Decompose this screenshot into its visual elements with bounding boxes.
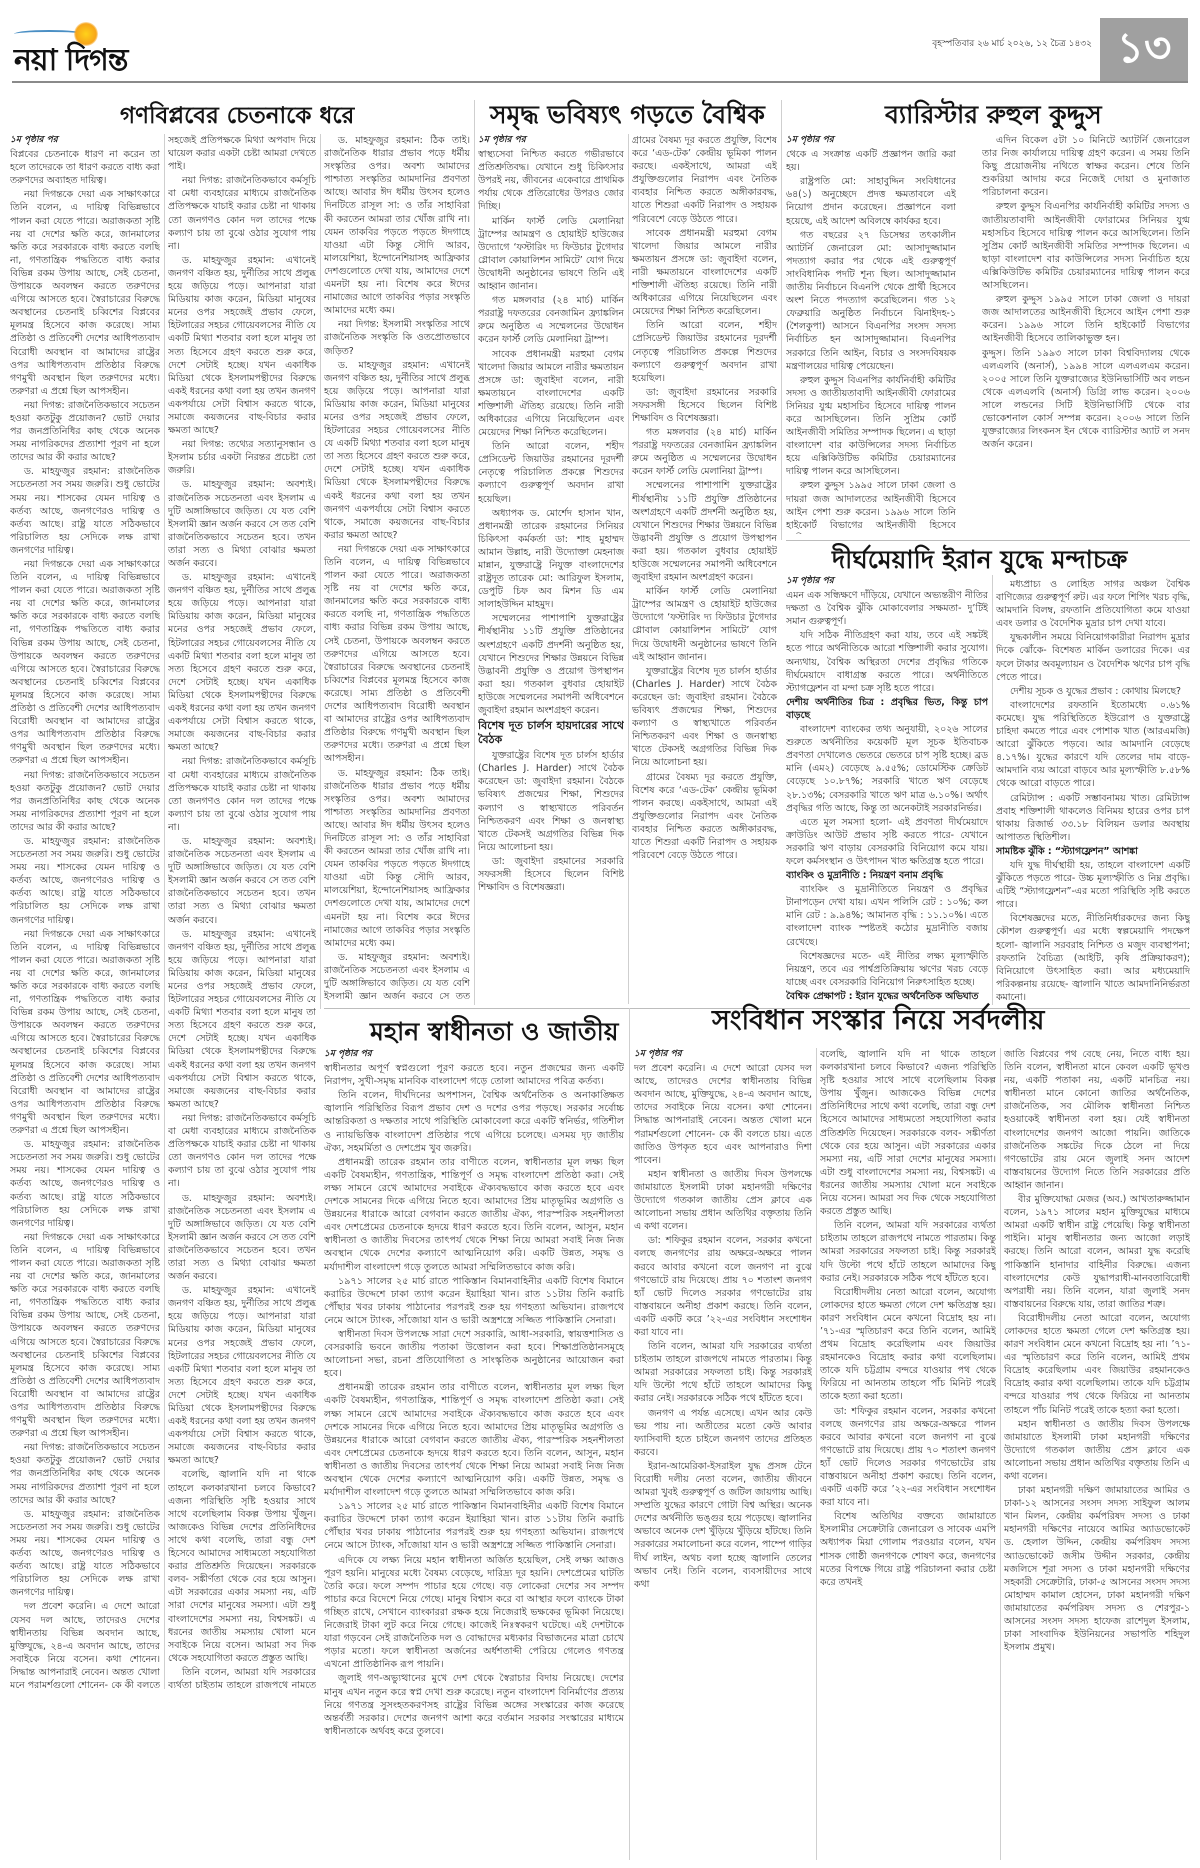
paragraph: রুহুল কুদ্দুস ১৯৯৫ সালে ঢাকা জেলা ও দায়… — [982, 293, 1190, 345]
paragraph: বলেছি, জ্বালানি যদি না থাকে তাহলে কলকারখ… — [168, 1468, 316, 1664]
paragraph: সম্মেলনের পাশাপাশি যুক্তরাষ্ট্রের শীর্ষস… — [632, 479, 777, 584]
paragraph: এমন এক সন্ধিক্ষণে দাঁড়িয়ে, যেখানে অভ্য… — [786, 589, 988, 628]
column-divider — [628, 134, 629, 1004]
masthead: নয়া দিগন্ত বৃহস্পতিবার ২৬ মার্চ ২০২৬, ১… — [0, 0, 1200, 82]
paragraph: নয়া দিগন্ত: রাজনৈতিকভাবে কর্মসূচি বা মে… — [168, 174, 316, 253]
interview-column-2: সহজেই প্রতিপক্ষকে মিথ্যা অপবাদ দিয়ে ঘায… — [168, 134, 316, 1689]
paragraph: গত মঙ্গলবার (২৪ মার্চ) মার্কিন পররাষ্ট্র… — [478, 294, 624, 346]
subheading: দেশীয় অর্থনীতির চিত্র : প্রবৃদ্ধির ভিত,… — [786, 697, 988, 721]
paragraph: ড. মাহফুজুর রহমান: এখানেই জনগণ বঞ্চিত হয… — [168, 254, 316, 437]
paragraph: যদি যুদ্ধ দীর্ঘস্থায়ী হয়, তাহলে বাংলাদ… — [996, 859, 1190, 911]
paragraph: স্বাধীনতা দিবস উপলক্ষে সারা দেশে সরকারি,… — [324, 1328, 624, 1380]
paragraph: ডা: জুবাইদা রহমানের সরকারি সফরসঙ্গী হিসে… — [632, 386, 777, 425]
paragraph: স্বাস্থ্যসেবা নিশ্চিত করতে গভীরভাবে প্রত… — [478, 148, 624, 213]
paragraph: ড. মাহফুজুর রহমান: ঠিক তাই। রাজনৈতিক ধার… — [324, 134, 470, 317]
paragraph: রুহুল কুদ্দুস ১৯৯৫ সালে ঢাকা জেলা ও দায়… — [786, 479, 956, 534]
attorney-column-2: এদিন বিকেল ৫টা ১০ মিনিটে অ্যাটর্নি জেনার… — [982, 134, 1190, 534]
paragraph: নয়া দিগন্ত: ইসলামী সংস্কৃতির সাথে রাজনৈ… — [324, 318, 470, 357]
continued-kicker: ১ম পৃষ্ঠার পর — [634, 1048, 812, 1061]
paragraph: ড. মাহফুজুর রহমান: রাজনৈতিক সচেতনতা সব স… — [10, 835, 160, 927]
paragraph: ড. মাহফুজুর রহমান: রাজনৈতিক সচেতনতা সব স… — [10, 465, 160, 557]
paragraph: বাংলাদেশের রফতানি ইতোমধ্যে ০.৬১% কমেছে। … — [996, 699, 1190, 791]
interview-column-1: ১ম পৃষ্ঠার পর বিপ্লবের চেতনাকে ধারণ না ক… — [10, 134, 160, 1689]
subheading: ব্যাংকিং ও মুদ্রানীতি : নিয়ন্ত্রণ বনাম … — [786, 870, 943, 881]
paragraph: নয়া দিগন্ত: তথ্যের সত্যানুসন্ধান ও ইসলা… — [168, 438, 316, 477]
page-number-badge: ১৩ — [1100, 18, 1188, 82]
paragraph: যদি সঠিক নীতিগ্রহণ করা যায়, তবে এই সঙ্ক… — [786, 629, 988, 694]
paragraph: ড. মাহফুজুর রহমান: ঠিক তাই। রাজনৈতিক ধার… — [324, 767, 470, 950]
paragraph: জনগণ এ পর্যন্ত এসেছে। এখন আর কেউ ভয় পায… — [634, 1407, 812, 1459]
paragraph: এদিকে যে লক্ষ্য নিয়ে মহান স্বাধীনতা অর্… — [324, 1554, 624, 1672]
paragraph: নয়া দিগন্ত: রাজনৈতিকভাবে সচেতন হওয়া কত… — [10, 1441, 160, 1506]
column-divider — [629, 1008, 630, 1860]
masthead-divider — [12, 81, 1188, 83]
paragraph: দেশীয় সূচক ও যুদ্ধের প্রভাব : কোথায় মি… — [996, 685, 1190, 698]
paragraph: ড. মাহফুজুর রহমান: রাজনৈতিক সচেতনতা সব স… — [10, 1138, 160, 1230]
paragraph: এদিন বিকেল ৫টা ১০ মিনিটে অ্যাটর্নি জেনার… — [982, 134, 1190, 199]
paragraph: মহান স্বাধীনতা ও জাতীয় দিবস উপলক্ষে জাম… — [1004, 1418, 1190, 1483]
summit-column-2: গ্রামের বৈষম্য দূর করতে প্রযুক্তি, বিশেষ… — [632, 134, 777, 1004]
column-divider — [781, 100, 782, 540]
issue-date: বৃহস্পতিবার ২৬ মার্চ ২০২৬, ১২ চৈত্র ১৪৩২ — [932, 36, 1092, 51]
paragraph: এতে মূল সমস্যা হলো- এই প্রবণতা দীর্ঘমেয়… — [786, 816, 988, 868]
continued-kicker: ১ম পৃষ্ঠার পর — [786, 575, 988, 588]
paragraph: রুহুল কুদ্দুস বিএনপির কার্যনির্বাহী কমিট… — [786, 374, 956, 479]
paragraph: নয়া দিগন্ত: রাজনৈতিকভাবে সচেতন হওয়া কত… — [10, 769, 160, 834]
paragraph: নয়া দিগন্ত: রাজনৈতিকভাবে কর্মসূচি বা মে… — [168, 755, 316, 834]
column-divider — [816, 1048, 817, 1860]
paragraph: তিনি বলেন, আমরা যদি সরকারের ব্যর্থতা চাই… — [634, 1340, 812, 1405]
constitution-column-2: বলেছি, জ্বালানি যদি না থাকে তাহলে কলকারখ… — [820, 1048, 996, 1860]
paragraph: তিনি আরো বলেন, শহীদ প্রেসিডেন্ট জিয়াউর … — [632, 319, 777, 384]
paragraph: নয়া দিগন্তকে দেয়া এক সাক্ষাৎকারে তিনি … — [10, 188, 160, 398]
paragraph: অধ্যাপক ড. মোর্শেদ হাসান খান, প্রধানমন্ত… — [478, 507, 624, 612]
paragraph: ড. মাহফুজুর রহমান: এখানেই জনগণ বঞ্চিত হয… — [168, 928, 316, 1111]
paragraph: ডা: শফিকুর রহমান বলেন, সরকার কখনো বলছে জ… — [820, 1405, 996, 1510]
paragraph: নয়া দিগন্তকে দেয়া এক সাক্ষাৎকারে তিনি … — [10, 1231, 160, 1441]
paragraph: ১৯৭১ সালের ২৫ মার্চ রাতে পাকিস্তান বিমান… — [324, 1500, 624, 1552]
paragraph: নয়া দিগন্ত: রাজনৈতিকভাবে সচেতন হওয়া কত… — [10, 399, 160, 464]
paragraph: ডা: জুবাইদা রহমানের সরকারি সফরসঙ্গী হিসে… — [478, 855, 624, 894]
headline-summit[interactable]: সমৃদ্ধ ভবিষ্যৎ গড়তে বৈশ্বিক — [490, 95, 765, 138]
paragraph: বিরোধীদলীয় নেতা আরো বলেন, অযোগ্য লোকদের… — [820, 1286, 996, 1404]
independence-column: ১ম পৃষ্ঠার পর স্বাধীনতার অপূর্ণ স্বপ্নগু… — [324, 1048, 624, 1860]
paragraph: তিনি আরো বলেন, শহীদ প্রেসিডেন্ট জিয়াউর … — [478, 440, 624, 505]
paragraph: বাংলাদেশ ব্যাংকের তথ্য অনুযায়ী, ২০২৬ সা… — [786, 723, 988, 815]
attorney-column-1: ১ম পৃষ্ঠার পর থেকে এ সংক্রান্ত একটি প্রজ… — [786, 134, 956, 534]
logo-text: নয়া দিগন্ত — [14, 36, 127, 87]
paragraph: বিশেষজ্ঞদের মতে, নীতিনির্ধারকদের জন্য কি… — [996, 912, 1190, 1004]
paragraph: যুদ্ধকালীন সময়ে বিনিয়োগকারীরা নিরাপদ ম… — [996, 631, 1190, 683]
paragraph: বলেছি, জ্বালানি যদি না থাকে তাহলে কলকারখ… — [820, 1048, 996, 1218]
paragraph: ঢাকা মহানগরী দক্ষিণ জামায়াতের আমির ও ঢা… — [1004, 1484, 1190, 1654]
paragraph: নয়া দিগন্ত: রাজনৈতিকভাবে কর্মসূচি বা মে… — [168, 1112, 316, 1191]
paragraph: বিরোধীদলীয় নেতা আরো বলেন, অযোগ্য লোকদের… — [1004, 1312, 1190, 1417]
paragraph: ইরান-আমেরিকা-ইসরাইল যুদ্ধ প্রসঙ্গ টেনে ব… — [634, 1460, 812, 1591]
iran-column-2: মধ্যপ্রাচ্য ও লোহিত সাগর অঞ্চল বৈশ্বিক ব… — [996, 578, 1190, 1005]
paragraph: ড. মাহফুজুর রহমান: এখানেই জনগণ বঞ্চিত হয… — [168, 571, 316, 754]
paragraph: ড. মাহফুজুর রহমান: অবশ্যই। রাজনৈতিক সচেত… — [168, 835, 316, 927]
paragraph: বীর মুক্তিযোদ্ধা মেজর (অব.) আখতারুজ্জামা… — [1004, 1193, 1190, 1311]
paragraph: নয়া দিগন্তকে দেয়া এক সাক্ষাৎকারে তিনি … — [10, 558, 160, 768]
paragraph: তিনি বলেন, দীর্ঘদিনের অপশাসন, বৈশ্বিক অর… — [324, 1089, 624, 1154]
paragraph: মার্কিন ফার্স্ট লেডি মেলানিয়া ট্রাম্পের… — [632, 585, 777, 664]
column-divider — [992, 575, 993, 1005]
continued-kicker: ১ম পৃষ্ঠার পর — [324, 1048, 624, 1061]
summit-column-1: ১ম পৃষ্ঠার পর স্বাস্থ্যসেবা নিশ্চিত করতে… — [478, 134, 624, 1004]
paragraph: মার্কিন ফার্স্ট লেডি মেলানিয়া ট্রাম্পের… — [478, 215, 624, 294]
paragraph: নয়া দিগন্তকে দেয়া এক সাক্ষাৎকারে তিনি … — [10, 928, 160, 1138]
paragraph: বিপ্লবের চেতনাকে ধারণ না করেন তা হলে তাদ… — [10, 148, 160, 187]
subheading: সামষ্টিক ঝুঁকি : “স্ট্যাগফ্লেশন” আশঙ্কা — [996, 846, 1138, 857]
constitution-column-3: জাতি বিপ্লবের পথ বেছে নেয়, নিতে বাধ্য হ… — [1004, 1048, 1190, 1860]
paragraph: ১৯৭১ সালের ২৫ মার্চ রাতে পাকিস্তান বিমান… — [324, 1275, 624, 1327]
paragraph: সহজেই প্রতিপক্ষকে মিথ্যা অপবাদ দিয়ে ঘায… — [168, 134, 316, 173]
paragraph: জাতি বিপ্লবের পথ বেছে নেয়, নিতে বাধ্য হ… — [1004, 1048, 1190, 1192]
paragraph: প্রধানমন্ত্রী তারেক রহমান তার বাণীতে বলে… — [324, 1381, 624, 1499]
newspaper-logo[interactable]: নয়া দিগন্ত — [12, 18, 212, 74]
paragraph: রাষ্ট্রপতি মো: সাহাবুদ্দিন সংবিধানের ৬৪(… — [786, 175, 956, 227]
column-divider — [1000, 1048, 1001, 1860]
paragraph: রুহুল কুদ্দুস বিএনপির কার্যনির্বাহী কমিট… — [982, 200, 1190, 292]
paragraph: সাবেক প্রধানমন্ত্রী মরহুমা বেগম খালেদা জ… — [632, 227, 777, 319]
paragraph: গ্রামের বৈষম্য দূর করতে প্রযুক্তি, বিশেষ… — [632, 134, 777, 226]
paragraph: বিশেষজ্ঞদের মতে- এই নীতির লক্ষ্য মূল্যস্… — [786, 950, 988, 989]
paragraph: সাবেক প্রধানমন্ত্রী মরহুমা বেগম খালেদা জ… — [478, 348, 624, 440]
paragraph: যুক্তরাষ্ট্রের বিশেষ দূত চার্লস হার্ডার … — [632, 665, 777, 770]
continued-kicker: ১ম পৃষ্ঠার পর — [786, 134, 956, 147]
paragraph: যুক্তরাষ্ট্রের বিশেষ দূত চার্লস হার্ডার … — [478, 749, 624, 854]
continued-kicker: ১ম পৃষ্ঠার পর — [478, 134, 624, 147]
continued-kicker: ১ম পৃষ্ঠার পর — [10, 134, 160, 147]
paragraph: ড. মাহফুজুর রহমান: অবশ্যই। রাজনৈতিক সচেত… — [168, 478, 316, 570]
paragraph: ড. মাহফুজুর রহমান: এখানেই জনগণ বঞ্চিত হয… — [324, 359, 470, 542]
paragraph: ডা: শফিকুর রহমান বলেন, সরকার কখনো বলছে জ… — [634, 1234, 812, 1339]
subheading: বিশেষ দূত চার্লস হায়দারের সাথে বৈঠক — [478, 719, 624, 746]
paragraph: ড. মাহফুজুর রহমান: এখানেই জনগণ বঞ্চিত হয… — [168, 1284, 316, 1467]
column-divider — [474, 100, 475, 1005]
column-divider — [320, 134, 321, 1009]
paragraph: বিশেষ অতিথির বক্তব্যে জামায়াতে ইসলামীর … — [820, 1510, 996, 1589]
paragraph: গত মঙ্গলবার (২৪ মার্চ) মার্কিন পররাষ্ট্র… — [632, 426, 777, 478]
constitution-column-1: ১ম পৃষ্ঠার পর দল প্রবেশ করেনি। এ দেশে আর… — [634, 1048, 812, 1860]
interview-column-3: ড. মাহফুজুর রহমান: ঠিক তাই। রাজনৈতিক ধার… — [324, 134, 470, 1004]
paragraph: ড. মাহফুজুর রহমান: অবশ্যই। রাজনৈতিক সচেত… — [324, 951, 470, 1004]
paragraph: রেমিট্যান্স : একটি সম্ভাবনাময় খাত। রেমি… — [996, 792, 1190, 844]
iran-column-1: ১ম পৃষ্ঠার পর এমন এক সন্ধিক্ষণে দাঁড়িয়… — [786, 575, 988, 1005]
paragraph: দল প্রবেশ করেনি। এ দেশে আরো যেসব দল আছে,… — [634, 1062, 812, 1167]
headline-attorney-general[interactable]: ব্যারিস্টার রুহুল কুদ্দুস — [885, 95, 1102, 138]
paragraph: তিনি বলেন, আমরা যদি সরকারের ব্যর্থতা চাই… — [168, 1666, 316, 1689]
paragraph: কুদ্দুস। তিনি ১৯৯৩ সালে ঢাকা বিশ্ববিদ্যা… — [982, 347, 1190, 452]
paragraph: থেকে এ সংক্রান্ত একটি প্রজ্ঞাপন জারি করা… — [786, 148, 956, 174]
paragraph: প্রধানমন্ত্রী তারেক রহমান তার বাণীতে বলে… — [324, 1156, 624, 1274]
paragraph: গ্রামের বৈষম্য দূর করতে প্রযুক্তি, বিশেষ… — [632, 771, 777, 863]
column-divider — [164, 134, 165, 1689]
headline-constitution[interactable]: সংবিধান সংস্কার নিয়ে সর্বদলীয় — [712, 1000, 1044, 1045]
headline-interview[interactable]: গণবিপ্লবের চেতনাকে ধরে — [120, 97, 354, 136]
paragraph: জুলাই গণ-অভ্যুত্থানের মুখে দেশ থেকে স্বৈ… — [324, 1672, 624, 1737]
paragraph: নয়া দিগন্তকে দেয়া এক সাক্ষাৎকারে তিনি … — [324, 543, 470, 766]
paragraph: ব্যাংকিং ও মুদ্রানীতিতে নিয়ন্ত্রণ ও প্র… — [786, 883, 988, 948]
paragraph: ড. মাহফুজুর রহমান: রাজনৈতিক সচেতনতা সব স… — [10, 1508, 160, 1600]
paragraph: গত বছরের ২৭ ডিসেম্বর তৎকালীন অ্যাটর্নি জ… — [786, 229, 956, 373]
paragraph: মহান স্বাধীনতা ও জাতীয় দিবস উপলক্ষে জাম… — [634, 1168, 812, 1233]
paragraph: তিনি বলেন, আমরা যদি সরকারের ব্যর্থতা চাই… — [820, 1219, 996, 1284]
paragraph: স্বাধীনতার অপূর্ণ স্বপ্নগুলো পূরণ করতে হ… — [324, 1062, 624, 1088]
paragraph: দল প্রবেশ করেনি। এ দেশে আরো যেসব দল আছে,… — [10, 1600, 160, 1689]
paragraph: সম্মেলনের পাশাপাশি যুক্তরাষ্ট্রের শীর্ষস… — [478, 612, 624, 717]
paragraph: মধ্যপ্রাচ্য ও লোহিত সাগর অঞ্চল বৈশ্বিক ব… — [996, 578, 1190, 630]
paragraph: ড. মাহফুজুর রহমান: অবশ্যই। রাজনৈতিক সচেত… — [168, 1192, 316, 1284]
